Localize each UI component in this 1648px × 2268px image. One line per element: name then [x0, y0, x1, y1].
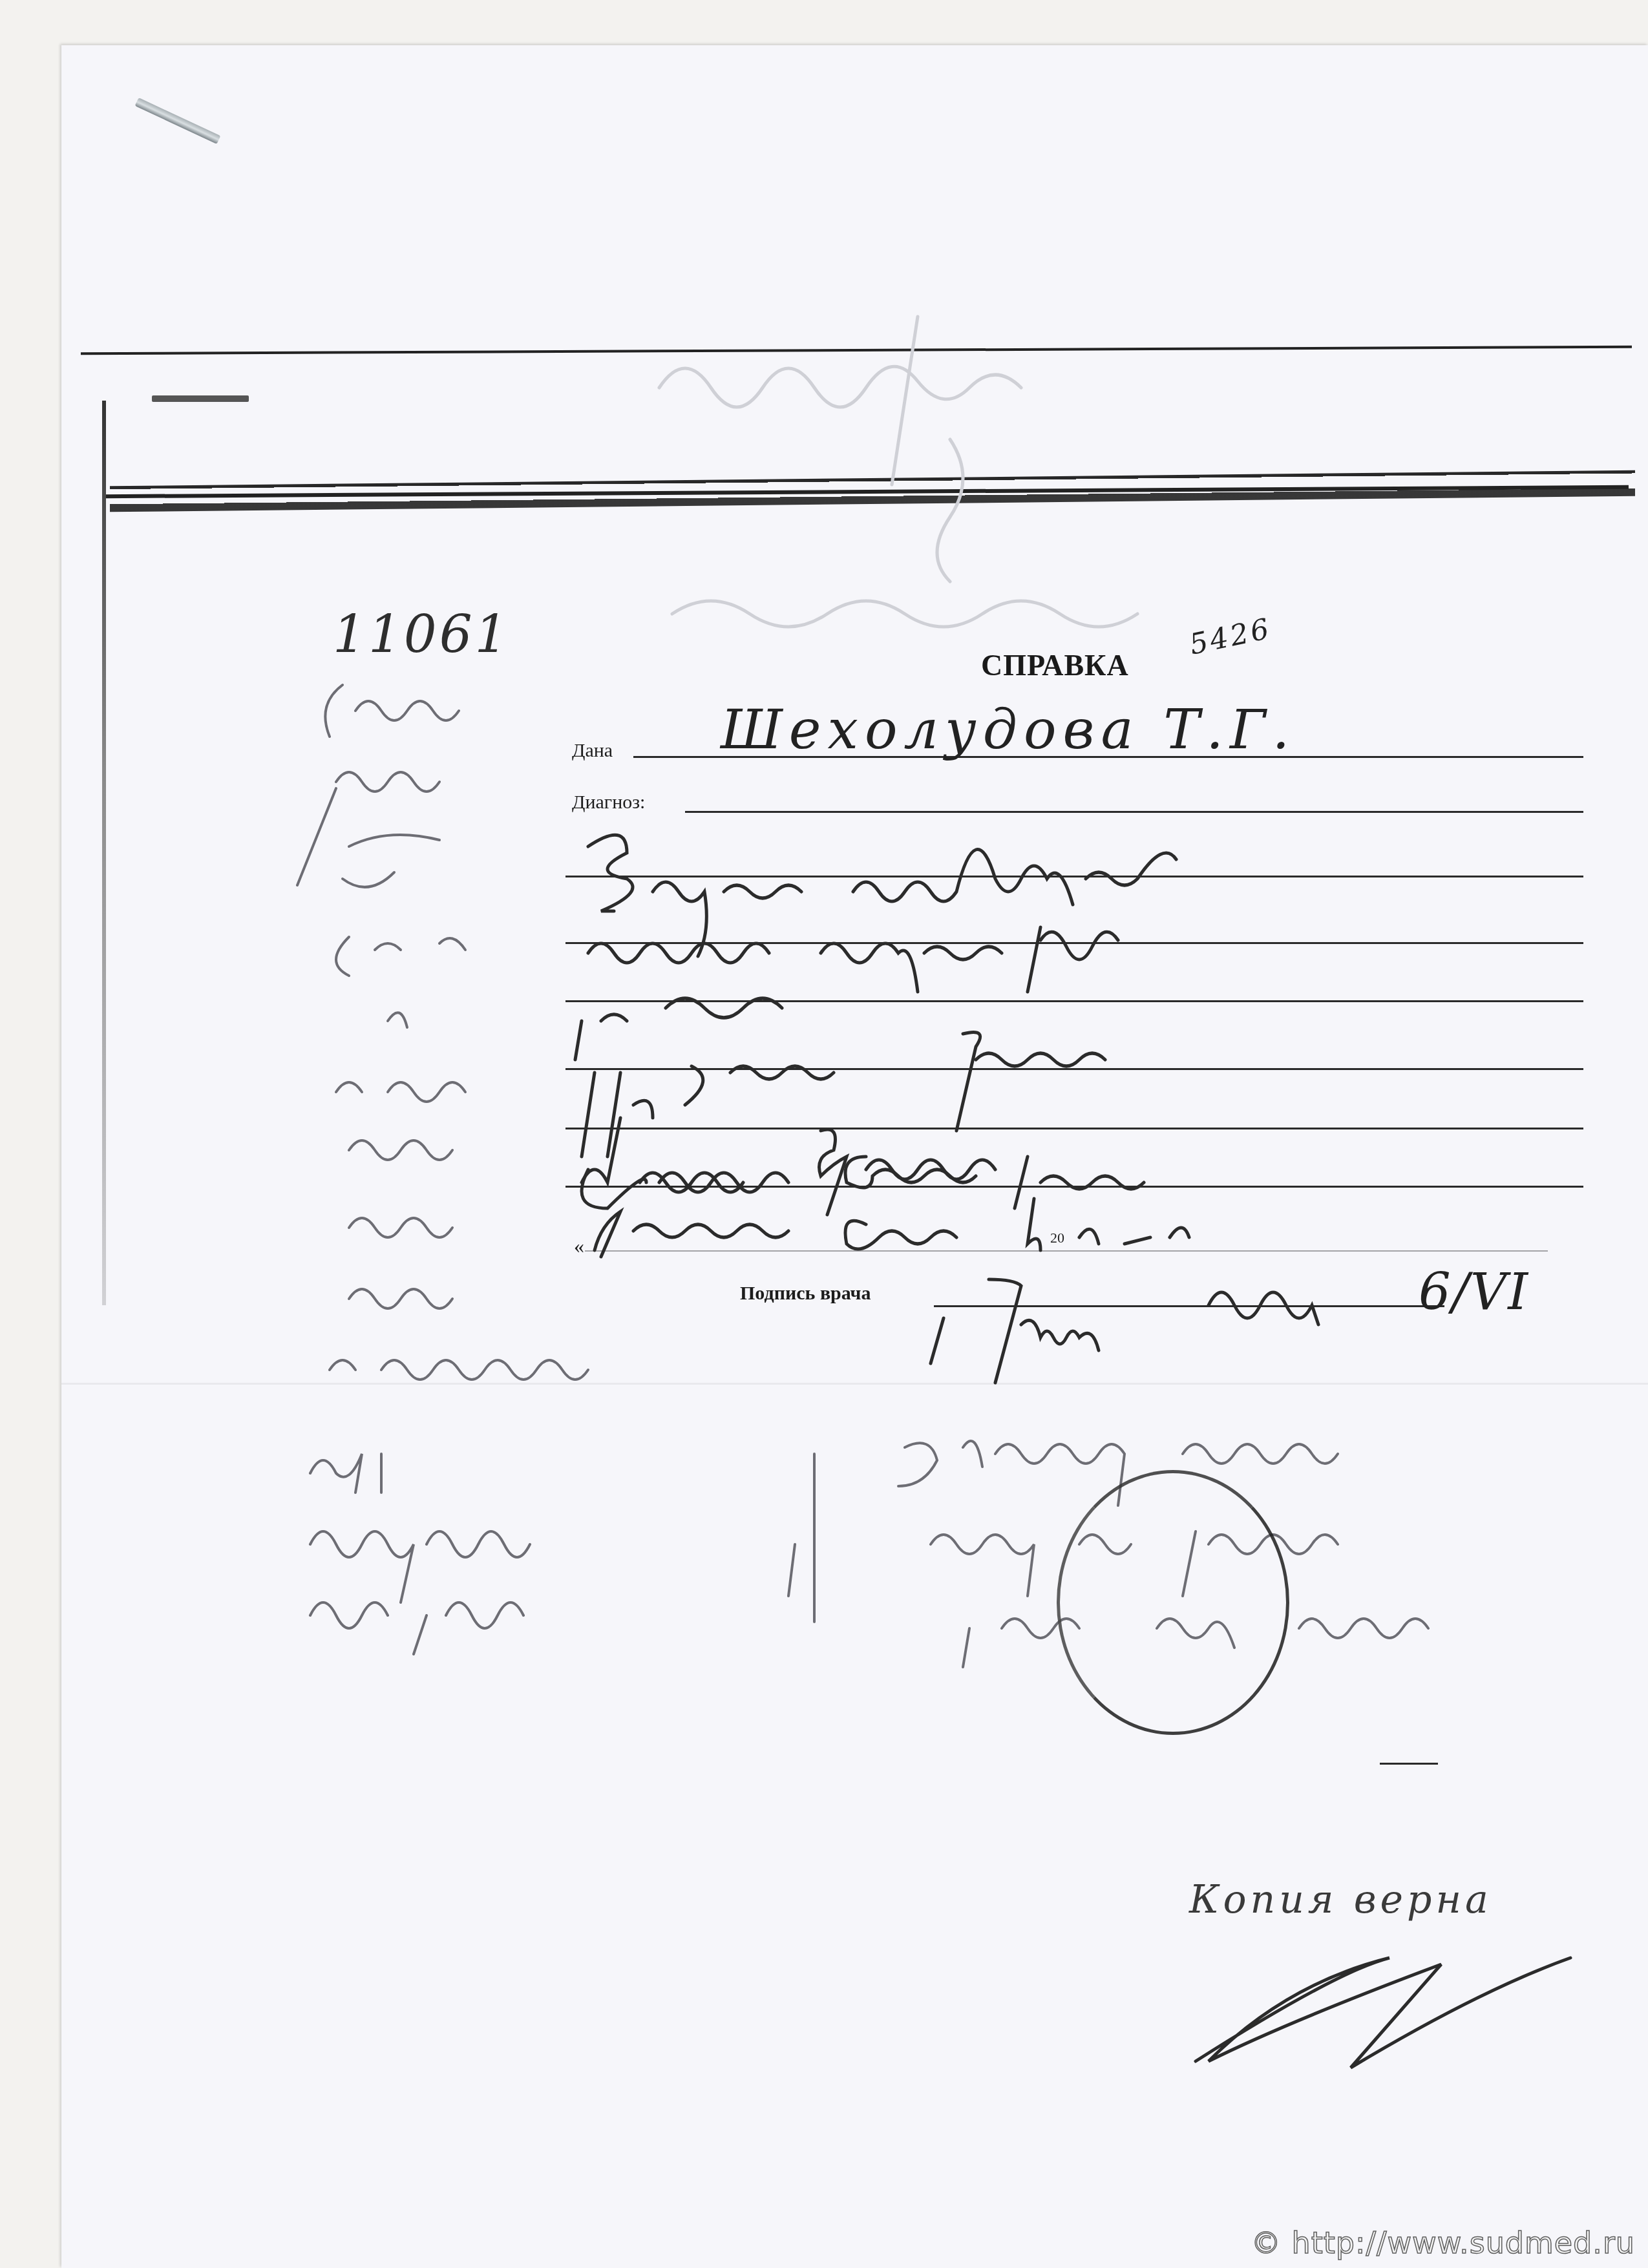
margin-number: 11061 [333, 604, 511, 664]
handwritten-date: 6/VI [1419, 1263, 1529, 1321]
copyright-watermark: © http://www.sudmed.ru [1251, 2225, 1635, 2260]
doctor-signature [937, 1266, 1454, 1396]
document-title: СПРАВКА [981, 648, 1129, 682]
bleed-through-handwriting [646, 310, 1228, 646]
staple-mark [152, 395, 249, 402]
form-left-rule [102, 401, 106, 1305]
diagnosis-label: Диагноз: [572, 792, 645, 814]
certification-dash [1380, 1763, 1438, 1765]
certifier-signature [1183, 1938, 1583, 2081]
copy-certification-note: Копия верна [1189, 1877, 1492, 1922]
doctor-signature-label: Подпись врача [740, 1283, 871, 1305]
patient-name: Шехолудова Т.Г. [721, 698, 1296, 761]
watermark-url: http://www.sudmed.ru [1291, 2225, 1635, 2260]
official-stamp [1057, 1470, 1289, 1735]
date-handwriting [582, 1202, 1590, 1266]
margin-handwriting [310, 659, 582, 1447]
copyright-icon: © [1251, 2225, 1282, 2260]
diagnosis-line-1 [685, 811, 1583, 813]
lower-left-handwritten-note [297, 1447, 879, 1641]
